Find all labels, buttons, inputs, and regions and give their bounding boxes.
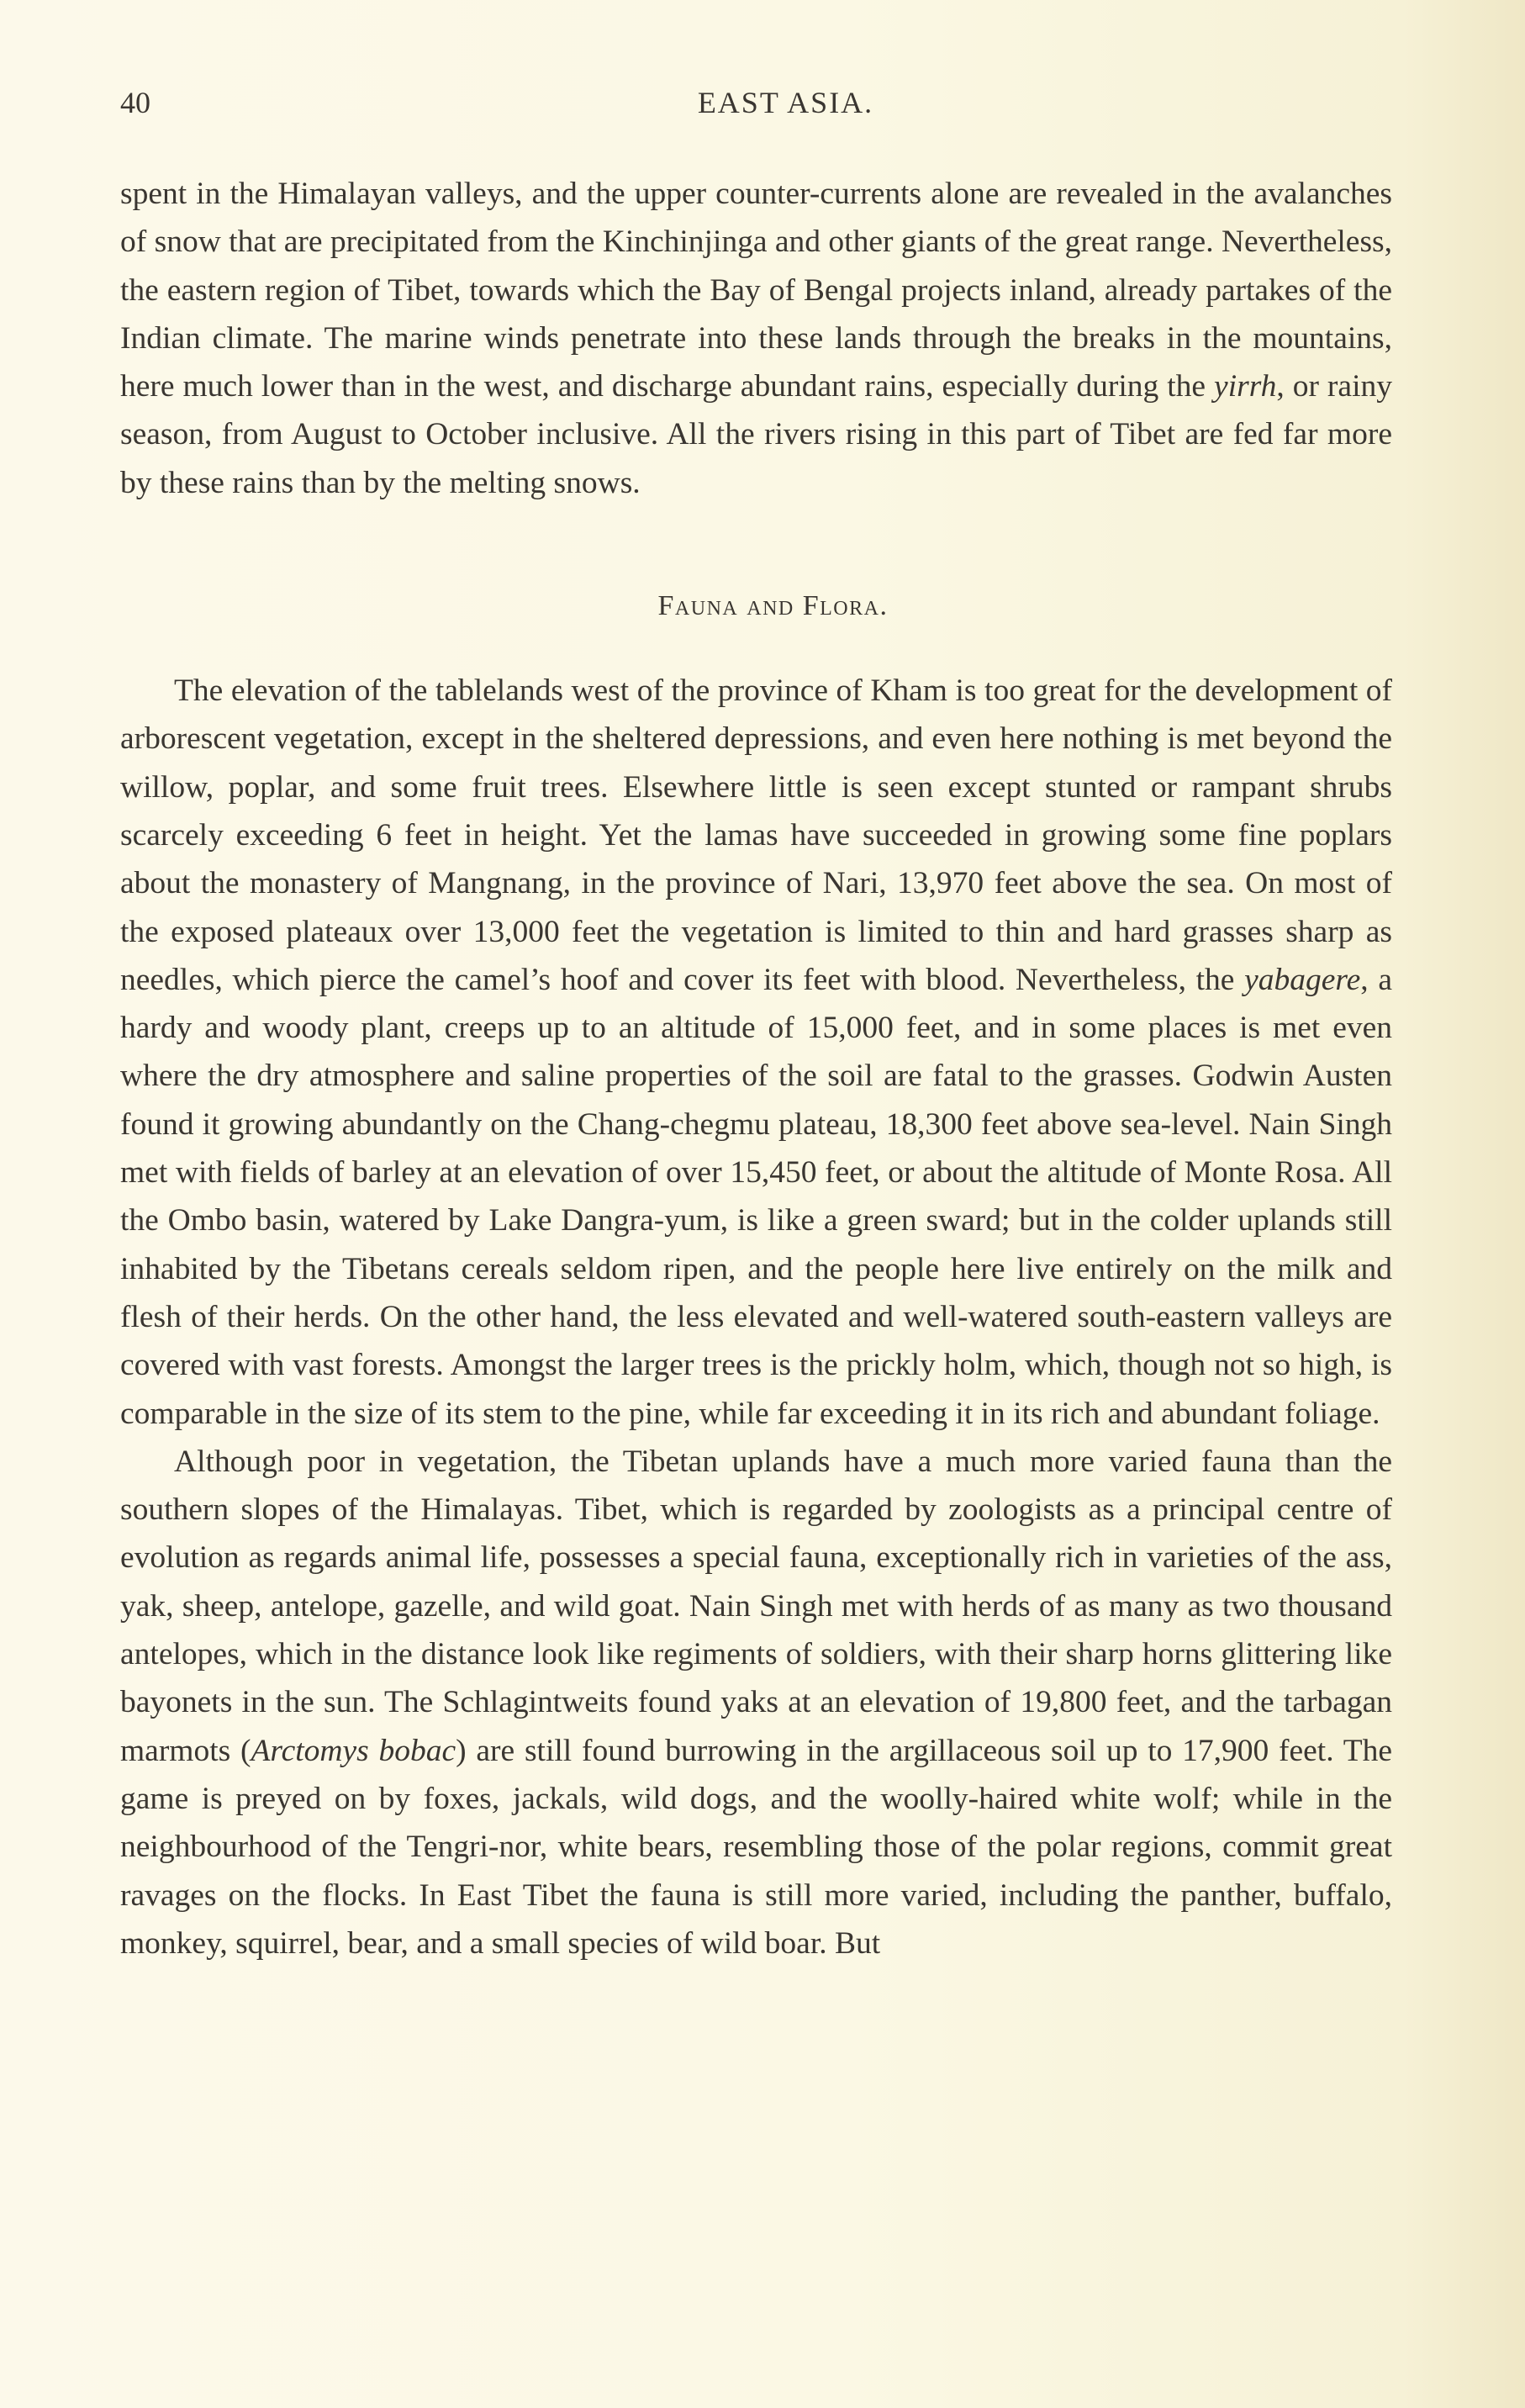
running-head: 40 EAST ASIA. <box>120 77 1392 128</box>
section-heading: Fauna and Flora. <box>120 581 1392 631</box>
paragraph-flora: The elevation of the tablelands west of … <box>120 667 1392 1438</box>
paragraph-text: spent in the Himalayan valleys, and the … <box>120 177 1392 404</box>
book-page: 40 EAST ASIA. spent in the Himalayan val… <box>120 77 1392 1967</box>
paragraph-text: The elevation of the tablelands west of … <box>120 673 1392 997</box>
continuation-paragraph: spent in the Himalayan valleys, and the … <box>120 170 1392 507</box>
italic-term: Arctomys bobac <box>251 1734 456 1768</box>
italic-term: yabagere <box>1244 963 1360 997</box>
paragraph-text: , a hardy and woody plant, creeps up to … <box>120 963 1392 1431</box>
paragraph-fauna: Although poor in vegetation, the Tibetan… <box>120 1438 1392 1967</box>
running-title: EAST ASIA. <box>120 77 1392 128</box>
italic-term: yirrh <box>1214 369 1276 404</box>
paragraph-text: Although poor in vegetation, the Tibetan… <box>120 1444 1392 1768</box>
